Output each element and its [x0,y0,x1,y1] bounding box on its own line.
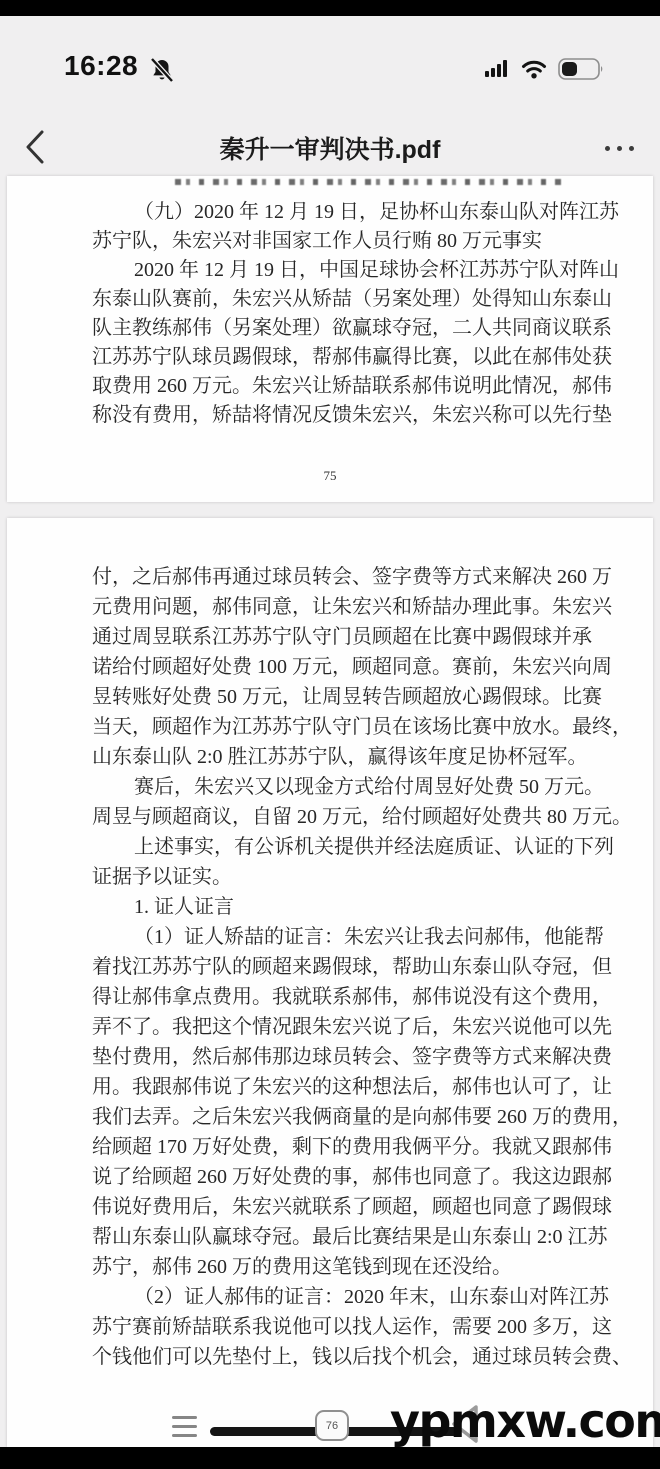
document-title: 秦升一审判决书.pdf [0,130,660,166]
document-text-line: 着找江苏苏宁队的顾超来踢假球，帮助山东泰山队夺冠，但 [92,952,575,982]
slider-page-value: 76 [326,1420,338,1432]
document-text-line: （九）2020 年 12 月 19 日，足协杯山东泰山队对阵江苏 [92,198,575,227]
document-text-line: 弄不了。我把这个情况跟朱宏兴说了后，朱宏兴说他可以先 [92,1012,575,1042]
document-text-line: 诺给付顾超好处费 100 万元，顾超同意。赛前，朱宏兴向周 [92,652,575,682]
document-text-line: 伟说好费用后，朱宏兴就联系了顾超，顾超也同意了踢假球 [92,1192,575,1222]
hamburger-icon [172,1416,197,1419]
cellular-signal-icon [485,60,510,78]
pdf-page-76[interactable]: 付，之后郝伟再通过球员转会、签字费等方式来解决 260 万元费用问题，郝伟同意，… [7,518,653,1447]
document-text-line: 通过周昱联系江苏苏宁队守门员顾超在比赛中踢假球并承 [92,622,575,652]
document-text-line: 苏宁，郝伟 260 万的费用这笔钱到现在还没给。 [92,1252,575,1282]
wifi-icon [521,60,547,79]
document-text-line: 我们去弄。之后朱宏兴我俩商量的是向郝伟要 260 万的费用， [92,1102,575,1132]
document-text-line: 给顾超 170 万好处费，剩下的费用我俩平分。我就又跟郝伟 [92,1132,575,1162]
document-text-line: 帮山东泰山队赢球夺冠。最后比赛结果是山东泰山 2:0 江苏 [92,1222,575,1252]
document-text-line: 山东泰山队 2:0 胜江苏苏宁队，赢得该年度足协杯冠军。 [92,742,575,772]
status-icons [485,58,604,80]
document-text-line: 称没有费用，矫喆将情况反馈朱宏兴，朱宏兴称可以先行垫 [92,401,575,430]
document-text-line: 东泰山队赛前，朱宏兴从矫喆（另案处理）处得知山东泰山 [92,285,575,314]
document-text-line: （1）证人矫喆的证言：朱宏兴让我去问郝伟，他能帮 [92,922,575,952]
page-number: 75 [0,468,660,484]
document-text-line: 得让郝伟拿点费用。我就联系郝伟，郝伟说没有这个费用， [92,982,575,1012]
document-text-line: 苏宁队，朱宏兴对非国家工作人员行贿 80 万元事实 [92,227,575,256]
watermark-text: ypmxw.com [390,1396,652,1446]
document-text-line: 1. 证人证言 [92,892,575,922]
ellipsis-icon [605,146,610,151]
page-slider-thumb[interactable]: 76 [315,1410,349,1441]
letterbox-top [0,0,660,16]
document-text-line: 上述事实，有公诉机关提供并经法庭质证、认证的下列 [92,832,575,862]
document-text-line: 周昱与顾超商议，自留 20 万元，给付顾超好处费共 80 万元。 [92,802,575,832]
document-text-line: 垫付费用，然后郝伟那边球员转会、签字费等方式来解决费 [92,1042,575,1072]
clipped-line-fragment [175,179,565,185]
status-time: 16:28 [64,50,138,82]
document-text-line: （2）证人郝伟的证言：2020 年末，山东泰山对阵江苏 [92,1282,575,1312]
contents-menu-button[interactable] [172,1416,197,1437]
document-text-line: 付，之后郝伟再通过球员转会、签字费等方式来解决 260 万 [92,562,575,592]
document-text-line: 证据予以证实。 [92,862,575,892]
document-text-line: 赛后，朱宏兴又以现金方式给付周昱好处费 50 万元。 [92,772,575,802]
document-text-line: 取费用 260 万元。朱宏兴让矫喆联系郝伟说明此情况，郝伟 [92,372,575,401]
bell-slash-icon [148,56,176,84]
document-text-line: 队主教练郝伟（另案处理）欲赢球夺冠，二人共同商议联系 [92,314,575,343]
document-text-line: 2020 年 12 月 19 日，中国足球协会杯江苏苏宁队对阵山 [92,256,575,285]
more-menu-button[interactable] [605,138,634,158]
document-text-line: 说了给顾超 260 万好处费的事，郝伟也同意了。我这边跟郝 [92,1162,575,1192]
document-text-line: 昱转账好处费 50 万元，让周昱转告顾超放心踢假球。比赛 [92,682,575,712]
battery-icon [558,58,604,80]
document-text-line: 苏宁赛前矫喆联系我说他可以找人运作，需要 200 多万，这 [92,1312,575,1342]
document-text-line: 元费用问题，郝伟同意，让朱宏兴和矫喆办理此事。朱宏兴 [92,592,575,622]
document-text-line: 用。我跟郝伟说了朱宏兴的这种想法后，郝伟也认可了，让 [92,1072,575,1102]
document-text-line: 当天，顾超作为江苏苏宁队守门员在该场比赛中放水。最终， [92,712,575,742]
document-text-line: 个钱他们可以先垫付上，钱以后找个机会，通过球员转会费、 [92,1342,575,1372]
letterbox-bottom [0,1447,660,1469]
document-text-line: 江苏苏宁队球员踢假球，帮郝伟赢得比赛，以此在郝伟处获 [92,343,575,372]
pdf-page-75[interactable]: （九）2020 年 12 月 19 日，足协杯山东泰山队对阵江苏苏宁队，朱宏兴对… [7,176,653,502]
